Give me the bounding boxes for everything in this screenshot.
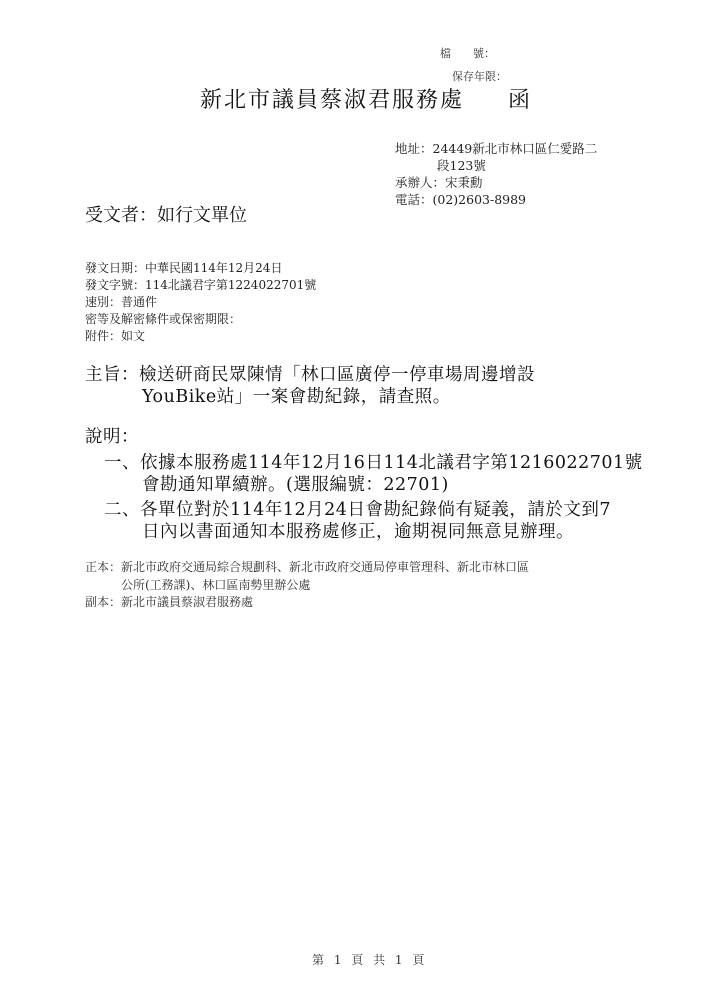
- recipient: 受文者：如行文單位: [85, 201, 247, 227]
- issue-date: 發文日期：中華民國114年12月24日: [85, 260, 316, 277]
- address-line-2: 段123號: [395, 157, 597, 174]
- cc-recipients: 新北市議員蔡淑君服務處: [121, 595, 253, 609]
- subject-block: 主旨：檢送研商民眾陳情「林口區廣停一停車場周邊增設 YouBike站」一案會勘紀…: [85, 364, 535, 408]
- file-number-label: 檔 號：: [440, 45, 495, 61]
- subject-label: 主旨：: [85, 365, 139, 385]
- item-line-2: 會勘通知單續辦。(選服編號：22701): [104, 474, 643, 496]
- handler: 承辦人：宋秉勳: [395, 174, 597, 191]
- address-line-1: 地址：24449新北市林口區仁愛路二: [395, 140, 597, 157]
- explanation-label: 說明：: [85, 426, 139, 448]
- doc-number: 發文字號：114北議君字第1224022701號: [85, 277, 316, 294]
- item-number: 二、: [104, 500, 140, 520]
- subject-line-2: YouBike站」一案會勘紀錄，請查照。: [85, 386, 535, 408]
- attachment: 附件：如文: [85, 328, 316, 345]
- phone: 電話：(02)2603-8989: [395, 191, 597, 208]
- delivery-speed: 速別：普通件: [85, 294, 316, 311]
- doc-type: 函: [508, 88, 532, 113]
- copies-block: 正本：新北市政府交通局綜合規劃科、新北市政府交通局停車管理科、新北市林口區 公所…: [85, 559, 529, 612]
- contact-block: 地址：24449新北市林口區仁愛路二 段123號 承辦人：宋秉勳 電話：(02)…: [395, 140, 597, 208]
- document-title: 新北市議員蔡淑君服務處 函: [200, 83, 532, 114]
- retention-period-label: 保存年限：: [452, 68, 507, 84]
- original-label: 正本：: [85, 560, 121, 574]
- item-number: 一、: [104, 453, 140, 473]
- org-name: 新北市議員蔡淑君服務處: [200, 88, 464, 113]
- page-indicator: 第 1 頁 共 1 頁: [312, 951, 427, 968]
- item-line-1: 各單位對於114年12月24日會勘紀錄倘有疑義，請於文到7: [140, 500, 611, 520]
- subject-line-1: 檢送研商民眾陳情「林口區廣停一停車場周邊增設: [139, 365, 535, 385]
- item-line-2: 日內以書面通知本服務處修正，逾期視同無意見辦理。: [104, 521, 611, 543]
- cc-label: 副本：: [85, 595, 121, 609]
- original-recipients-2: 公所(工務課)、林口區南勢里辦公處: [85, 577, 529, 595]
- item-line-1: 依據本服務處114年12月16日114北議君字第1216022701號: [140, 453, 643, 473]
- meta-block: 發文日期：中華民國114年12月24日 發文字號：114北議君字第1224022…: [85, 260, 316, 345]
- explanation-item-1: 一、依據本服務處114年12月16日114北議君字第1216022701號 會勘…: [104, 452, 643, 496]
- explanation-item-2: 二、各單位對於114年12月24日會勘紀錄倘有疑義，請於文到7 日內以書面通知本…: [104, 499, 611, 543]
- secrecy-level: 密等及解密條件或保密期限：: [85, 311, 316, 328]
- original-recipients-1: 新北市政府交通局綜合規劃科、新北市政府交通局停車管理科、新北市林口區: [121, 560, 529, 574]
